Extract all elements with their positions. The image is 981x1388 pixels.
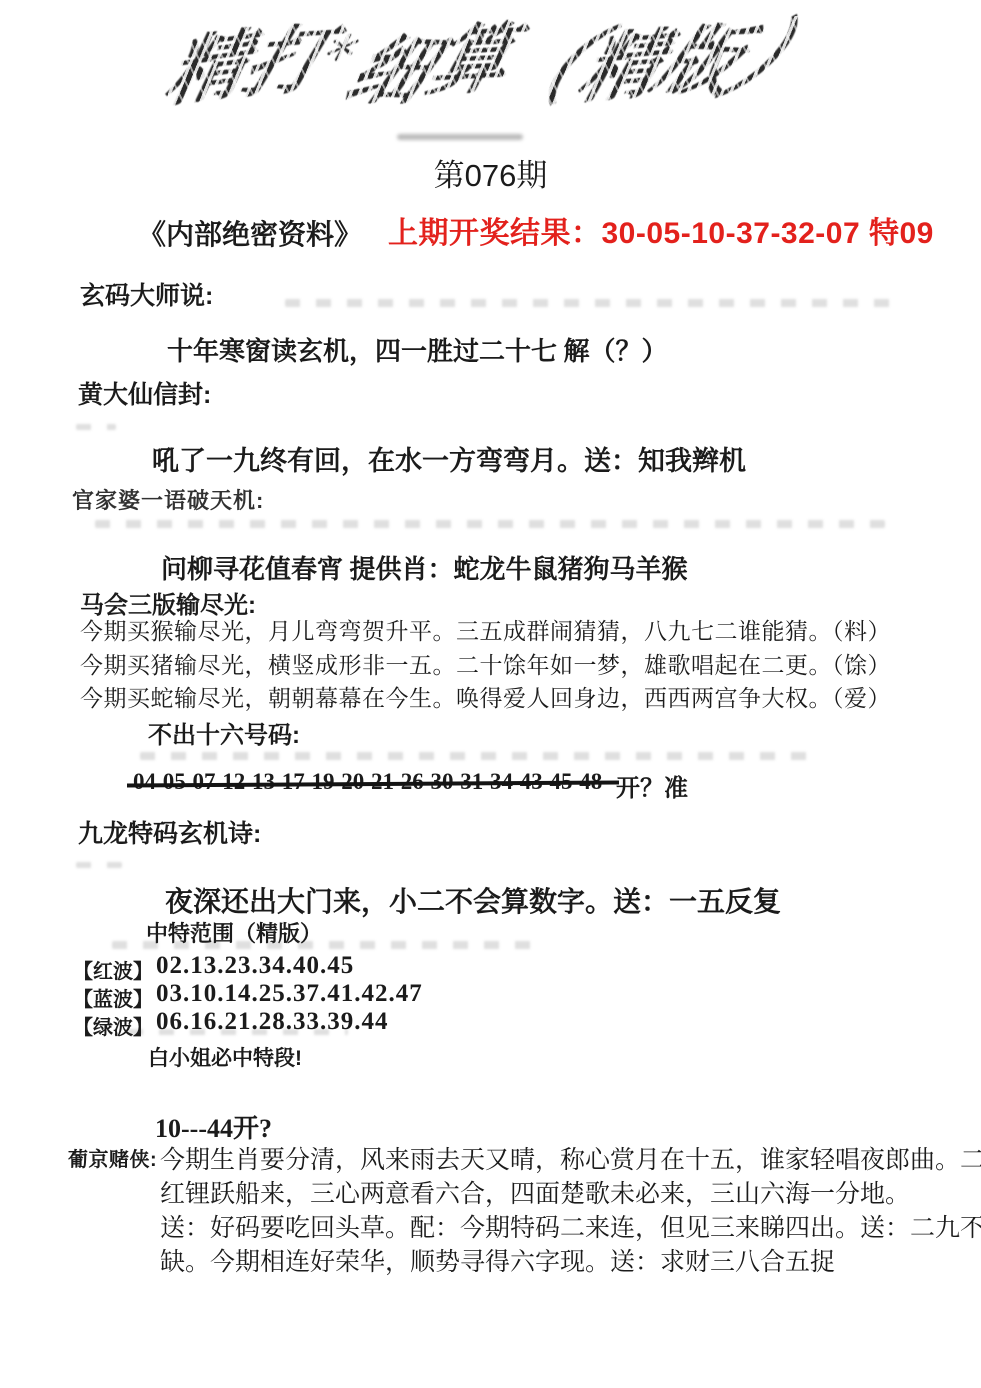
faded-text-residue (128, 1029, 348, 1035)
huangdaxian-poem: 吼了一九终有回，在水一方弯弯月。送：知我辫机 (152, 439, 746, 478)
jiulong-poem: 夜深还出大门来，小二不会算数字。送：一五反复 (165, 880, 781, 920)
issue-number: 第076期 (0, 150, 981, 195)
blue-wave-label: 【蓝波】 (73, 983, 153, 1012)
excluded-numbers-label: 不出十六号码: (148, 715, 300, 750)
xuanma-master-label: 玄码大师说: (80, 276, 213, 312)
faded-text-residue (76, 424, 116, 430)
tip-sheet-page: 精打＊细算（精版） 第076期 《内部绝密资料》 上期开奖结果：30-05-10… (0, 0, 981, 1388)
red-wave-numbers: 02.13.23.34.40.45 (156, 952, 354, 980)
mahui-line: 今期买猪输尽光，横竖成形非一五。二十馀年如一梦，雄歌唱起在二更。（馀） (80, 647, 891, 680)
faded-text-residue (95, 520, 885, 528)
jiulong-label: 九龙特码玄机诗: (78, 814, 261, 850)
xuanma-master-poem: 十年寒窗读玄机，四一胜过二十七 解（？） (167, 331, 668, 368)
baixiaojie-label: 白小姐必中特段! (148, 1042, 302, 1072)
guanjiapo-label: 官家婆一语破天机: (72, 484, 264, 515)
masthead-title: 精打＊细算（精版） (0, 18, 981, 113)
faded-text-residue (285, 299, 900, 307)
faded-text-residue (76, 862, 122, 868)
faded-text-residue (140, 752, 820, 760)
blue-wave-numbers: 03.10.14.25.37.41.42.47 (156, 980, 423, 1008)
pujing-line: 今期生肖要分清，风来雨去天又晴，称心赏月在十五，谁家轻唱夜郎曲。二八 (160, 1140, 981, 1176)
mahui-line: 今期买猴输尽光，月儿弯弯贺升平。三五成群闹猜猜，八九七二谁能猜。（料） (80, 613, 891, 646)
last-draw-result: 上期开奖结果：30-05-10-37-32-07 特09 (388, 208, 934, 252)
excluded-verdict: 开？准 (616, 768, 688, 803)
mahui-line: 今期买蛇输尽光，朝朝幕幕在今生。唤得爱人回身边，西西两宫争大权。（爱） (80, 680, 891, 713)
pujing-line: 红锂跃船来，三心两意看六合，四面楚歌未必来，三山六海一分地。 (160, 1174, 910, 1210)
pujing-line: 送：好码要吃回头草。配：今期特码二来连，但见三来睇四出。送：二九不可 (160, 1208, 981, 1244)
scan-smudge (397, 134, 523, 140)
faded-text-residue (112, 941, 542, 949)
red-wave-label: 【红波】 (73, 955, 153, 984)
secret-material-label: 《内部绝密资料》 (138, 213, 362, 253)
pujing-line: 缺。今期相连好荣华，顺势寻得六字现。送：求财三八合五捉 (160, 1242, 835, 1278)
pujing-label: 葡京赌侠: (68, 1143, 157, 1172)
huangdaxian-label: 黄大仙信封: (78, 375, 211, 411)
guanjiapo-poem: 问柳寻花值春宵 提供肖：蛇龙牛鼠猪狗马羊猴 (161, 549, 688, 586)
green-wave-label: 【绿波】 (73, 1011, 153, 1040)
